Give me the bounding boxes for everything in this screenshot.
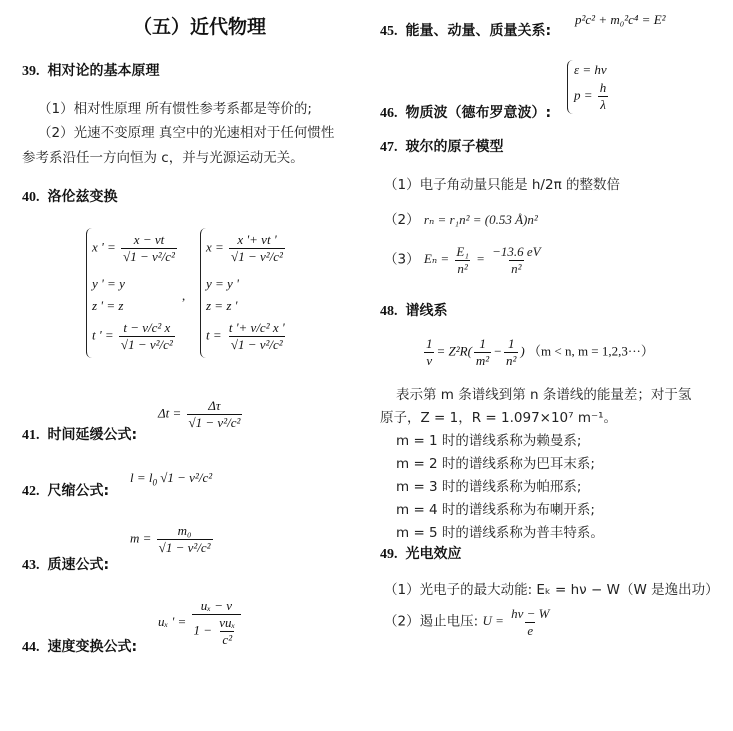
series-lyman: m = 1 时的谱线系称为赖曼系; [396, 429, 581, 449]
page-title: （五）近代物理 [133, 12, 266, 39]
section-42-heading: 42.尺缩公式: [22, 480, 109, 500]
section-39-heading: 39.相对论的基本原理 [22, 60, 160, 80]
series-paschen: m = 3 时的谱线系称为帕邢系; [396, 475, 581, 495]
velocity-transform-formula: uₓ ' = uₓ − v1 − vuₓc² [158, 598, 243, 648]
section-43-heading: 43.质速公式: [22, 554, 109, 574]
section-49-heading: 49.光电效应 [380, 543, 462, 563]
s39-line-1: （1）相对性原理 所有惯性参考系都是等价的; [38, 97, 312, 117]
series-pfund: m = 5 时的谱线系称为普丰特系。 [396, 521, 604, 541]
s39-line-2: （2）光速不变原理 真空中的光速相对于任何惯性 [38, 121, 334, 141]
section-41-heading: 41.时间延缓公式: [22, 424, 137, 444]
section-48-heading: 48.谱线系 [380, 300, 448, 320]
energy-momentum-formula: p²c² + m₀²c⁴ = E² [575, 12, 666, 28]
s47-item-1: （1）电子角动量只能是 h/2π 的整数倍 [384, 173, 620, 193]
s47-item-2: （2） rₙ = r₁n² = (0.53 Å)n² [384, 208, 538, 228]
mass-velocity-formula: m = m₀√1 − v²/c² [130, 523, 215, 556]
separator-comma: , [182, 288, 185, 304]
series-balmer: m = 2 时的谱线系称为巴耳末系; [396, 452, 595, 472]
s39-line-3: 参考系沿任一方向恒为 c，并与光源运动无关。 [22, 146, 304, 166]
section-44-heading: 44.速度变换公式: [22, 636, 137, 656]
section-45-heading: 45.能量、动量、质量关系: [380, 20, 551, 40]
s48-desc-1: 表示第 m 条谱线到第 n 条谱线的能量差；对于氢 [396, 383, 691, 403]
length-contraction-formula: l = l0 √1 − v²/c² [130, 470, 212, 488]
s49-item-1: （1）光电子的最大动能: Eₖ = hν − W（W 是逸出功） [384, 578, 719, 598]
s49-item-2: （2）遏止电压: U = hν − We [384, 606, 553, 639]
rydberg-formula: 1ν= Z²R(1m²−1n²) （m < n, m = 1,2,3···） [422, 336, 654, 369]
s48-desc-2: 原子，Z = 1，R = 1.097×10⁷ m⁻¹。 [380, 406, 617, 426]
section-46-heading: 46.物质波（德布罗意波）: [380, 102, 551, 122]
time-dilation-formula: Δt = Δτ√1 − v²/c² [158, 398, 244, 431]
series-brackett: m = 4 时的谱线系称为布喇开系; [396, 498, 595, 518]
s47-item-3: （3） Eₙ = E₁n² = −13.6 eVn² [384, 244, 545, 277]
section-47-heading: 47.玻尔的原子模型 [380, 136, 504, 156]
section-40-heading: 40.洛伦兹变换 [22, 186, 118, 206]
